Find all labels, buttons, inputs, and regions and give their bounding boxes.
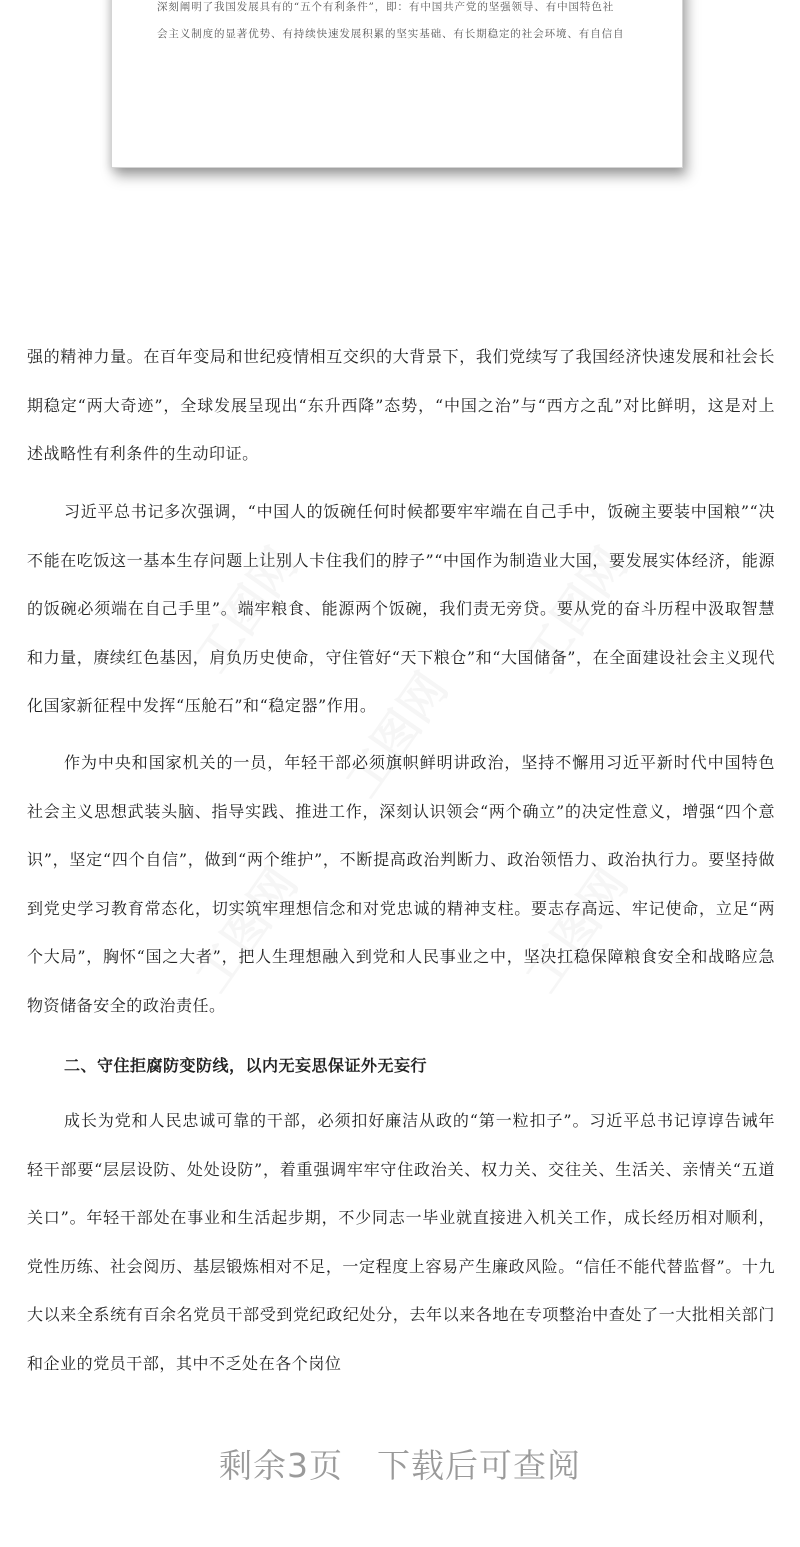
section-heading: 二、守住拒腐防变防线，以内无妄思保证外无妄行 bbox=[64, 1053, 427, 1076]
previous-page-preview: 深刻阐明了我国发展具有的“五个有利条件”，即：有中国共产党的坚强领导、有中国特色… bbox=[111, 0, 683, 168]
paragraph: 作为中央和国家机关的一员，年轻干部必须旗帜鲜明讲政治，坚持不懈用习近平新时代中国… bbox=[27, 739, 775, 1030]
paragraph: 习近平总书记多次强调，“中国人的饭碗任何时候都要牢牢端在自己手中，饭碗主要装中国… bbox=[27, 488, 775, 731]
preview-text-line: 深刻阐明了我国发展具有的“五个有利条件”，即：有中国共产党的坚强领导、有中国特色… bbox=[157, 0, 647, 14]
download-to-view-label[interactable]: 下载后可查阅 bbox=[377, 1446, 581, 1485]
paragraph: 成长为党和人民忠诚可靠的干部，必须扣好廉洁从政的“第一粒扣子”。习近平总书记谆谆… bbox=[27, 1097, 775, 1388]
paragraph: 强的精神力量。在百年变局和世纪疫情相互交织的大背景下，我们党续写了我国经济快速发… bbox=[27, 333, 775, 479]
download-prompt[interactable]: 剩余3页下载后可查阅 bbox=[0, 1440, 800, 1487]
preview-text-line: 会主义制度的显著优势、有持续快速发展积累的坚实基础、有长期稳定的社会环境、有自信… bbox=[157, 26, 647, 41]
remaining-pages-label: 剩余3页 bbox=[219, 1446, 343, 1485]
